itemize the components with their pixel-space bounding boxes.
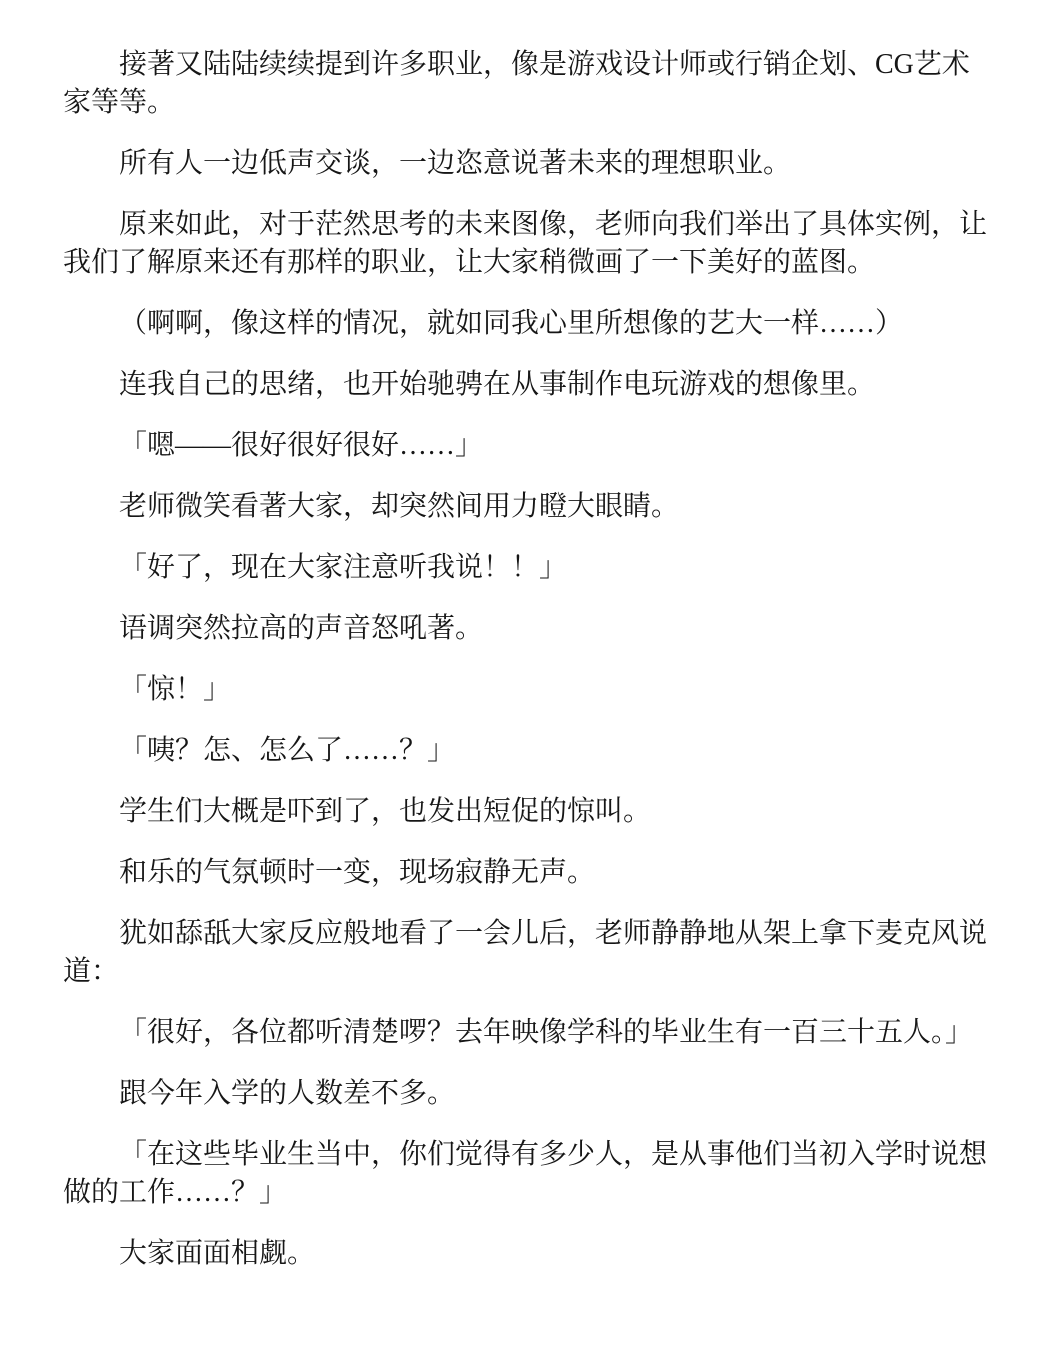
paragraph: 跟今年入学的人数差不多。 bbox=[63, 1075, 988, 1113]
paragraph: 「好了，现在大家注意听我说！！」 bbox=[63, 549, 988, 587]
paragraph: （啊啊，像这样的情况，就如同我心里所想像的艺大一样……） bbox=[63, 305, 988, 343]
paragraph: 大家面面相觑。 bbox=[63, 1235, 988, 1273]
paragraph: 犹如舔舐大家反应般地看了一会儿后，老师静静地从架上拿下麦克风说道： bbox=[63, 915, 988, 991]
paragraph: 老师微笑看著大家，却突然间用力瞪大眼睛。 bbox=[63, 488, 988, 526]
paragraph: 和乐的气氛顿时一变，现场寂静无声。 bbox=[63, 854, 988, 892]
paragraph: 语调突然拉高的声音怒吼著。 bbox=[63, 610, 988, 648]
ebook-page: 接著又陆陆续续提到许多职业，像是游戏设计师或行销企划、CG艺术家等等。 所有人一… bbox=[0, 0, 1046, 1354]
paragraph: 「在这些毕业生当中，你们觉得有多少人，是从事他们当初入学时说想做的工作……？」 bbox=[63, 1136, 988, 1212]
paragraph: 接著又陆陆续续提到许多职业，像是游戏设计师或行销企划、CG艺术家等等。 bbox=[63, 46, 988, 122]
paragraph: 「很好，各位都听清楚啰？去年映像学科的毕业生有一百三十五人。」 bbox=[63, 1014, 988, 1052]
paragraph: 学生们大概是吓到了，也发出短促的惊叫。 bbox=[63, 793, 988, 831]
paragraph: 「嗯——很好很好很好……」 bbox=[63, 427, 988, 465]
paragraph: 「惊！」 bbox=[63, 671, 988, 709]
paragraph: 所有人一边低声交谈，一边恣意说著未来的理想职业。 bbox=[63, 145, 988, 183]
paragraph: 连我自己的思绪，也开始驰骋在从事制作电玩游戏的想像里。 bbox=[63, 366, 988, 404]
paragraph: 原来如此，对于茫然思考的未来图像，老师向我们举出了具体实例，让我们了解原来还有那… bbox=[63, 206, 988, 282]
paragraph: 「咦？怎、怎么了……？」 bbox=[63, 732, 988, 770]
